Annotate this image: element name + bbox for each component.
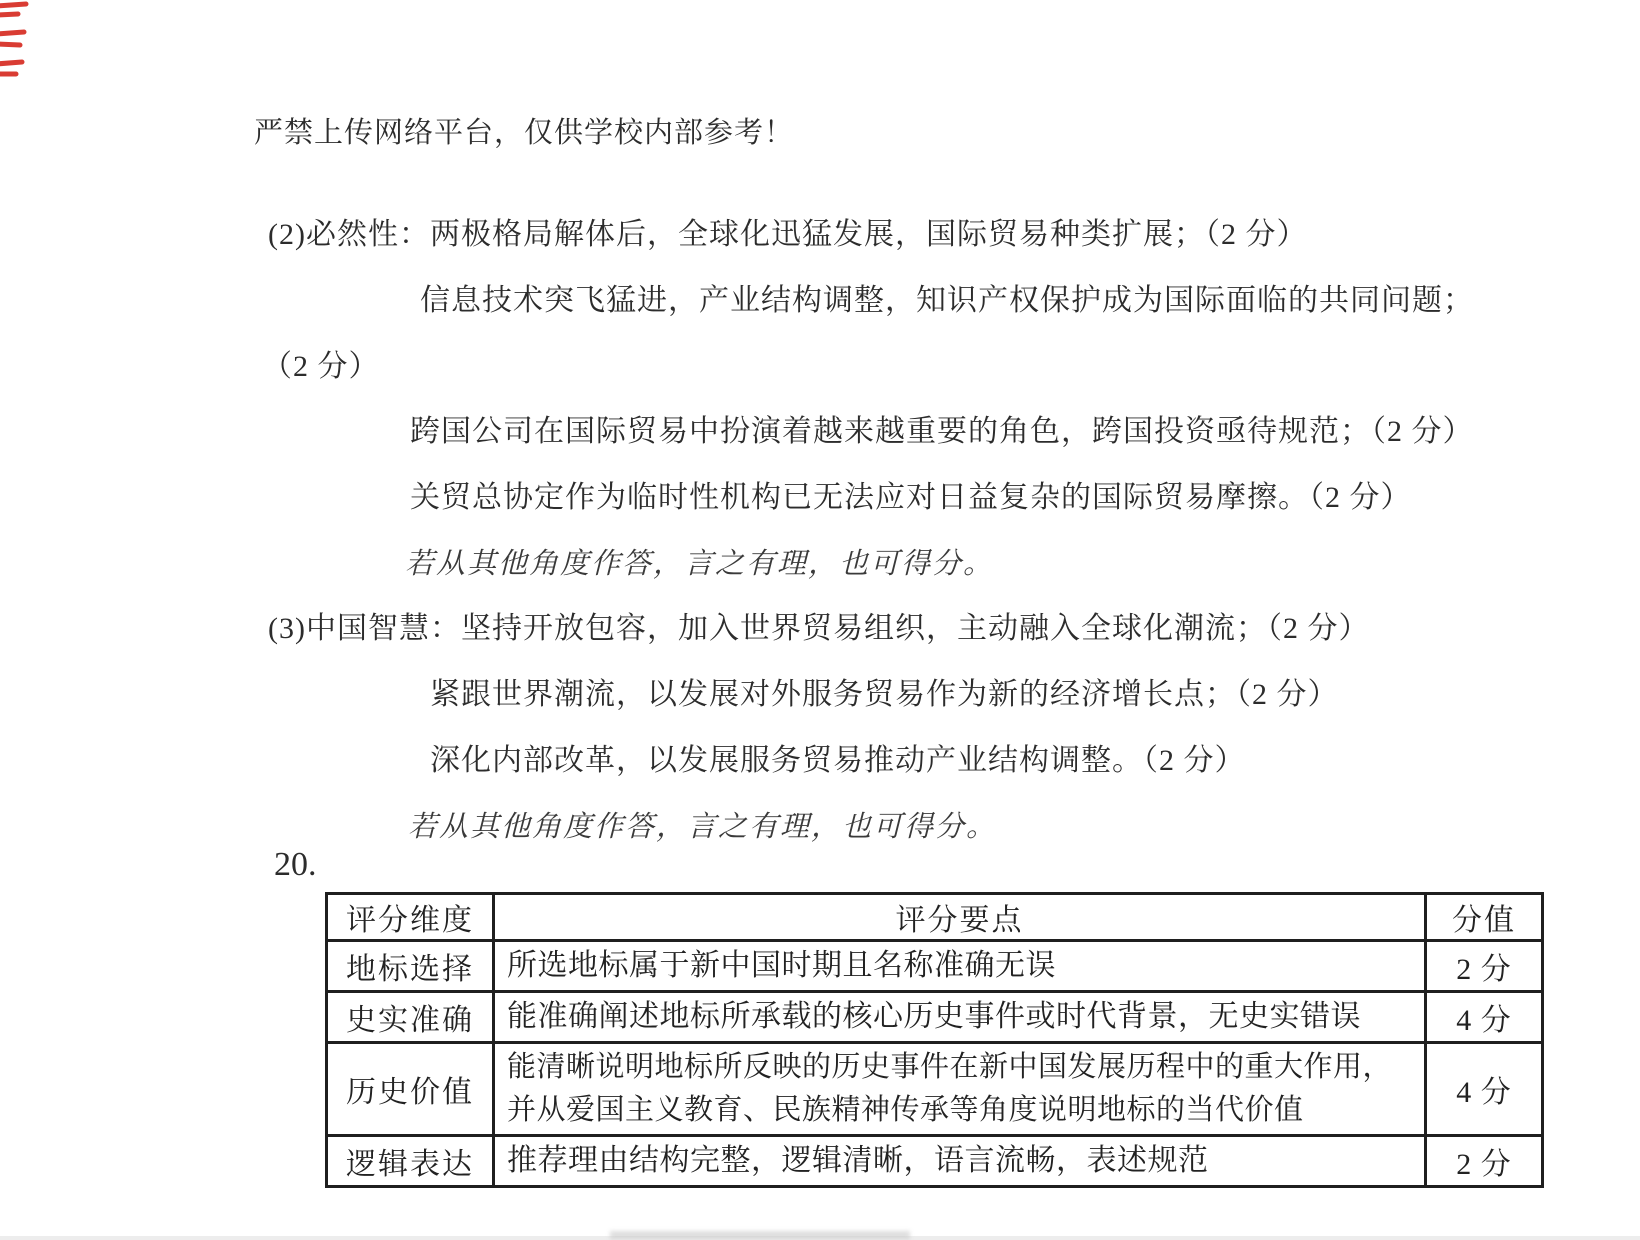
rubric-dimension-cell: 历史价值 bbox=[327, 1043, 494, 1136]
answer-line-3-other-angles-note: 若从其他角度作答，言之有理，也可得分。 bbox=[408, 807, 997, 847]
rubric-criteria-cell: 所选地标属于新中国时期且名称准确无误 bbox=[494, 941, 1426, 992]
rubric-header-score: 分值 bbox=[1426, 894, 1543, 941]
rubric-header-row: 评分维度 评分要点 分值 bbox=[327, 894, 1543, 941]
answer-line-3-wisdom-1: (3)中国智慧：坚持开放包容，加入世界贸易组织，主动融入全球化潮流；（2 分） bbox=[268, 609, 1369, 649]
answer-line-2-necessity-4: 关贸总协定作为临时性机构已无法应对日益复杂的国际贸易摩擦。（2 分） bbox=[410, 478, 1412, 518]
scoring-rubric-table: 评分维度 评分要点 分值 地标选择 所选地标属于新中国时期且名称准确无误 2 分… bbox=[325, 892, 1544, 1188]
rubric-dimension-cell: 史实准确 bbox=[327, 992, 494, 1043]
answer-line-3-wisdom-3: 深化内部改革，以发展服务贸易推动产业结构调整。（2 分） bbox=[430, 741, 1246, 781]
rubric-criteria-cell: 能清晰说明地标所反映的历史事件在新中国发展历程中的重大作用，并从爱国主义教育、民… bbox=[494, 1043, 1426, 1136]
scan-artifact bbox=[610, 1231, 910, 1239]
rubric-criteria-cell: 能准确阐述地标所承载的核心历史事件或时代背景，无史实错误 bbox=[494, 992, 1426, 1043]
table-row: 逻辑表达 推荐理由结构完整，逻辑清晰，语言流畅，表述规范 2 分 bbox=[327, 1136, 1543, 1187]
table-row: 地标选择 所选地标属于新中国时期且名称准确无误 2 分 bbox=[327, 941, 1543, 992]
scanned-answer-key-page: 严禁上传网络平台，仅供学校内部参考！ (2)必然性：两极格局解体后，全球化迅猛发… bbox=[0, 0, 1640, 1240]
rubric-score-cell: 4 分 bbox=[1426, 992, 1543, 1043]
rubric-dimension-cell: 地标选择 bbox=[327, 941, 494, 992]
rubric-criteria-cell: 推荐理由结构完整，逻辑清晰，语言流畅，表述规范 bbox=[494, 1136, 1426, 1187]
rubric-score-cell: 2 分 bbox=[1426, 941, 1543, 992]
question-number: 20. bbox=[274, 846, 317, 884]
answer-line-2-necessity-3: 跨国公司在国际贸易中扮演着越来越重要的角色，跨国投资亟待规范；（2 分） bbox=[410, 412, 1474, 452]
rubric-score-cell: 4 分 bbox=[1426, 1043, 1543, 1136]
rubric-header-dimension: 评分维度 bbox=[327, 894, 494, 941]
red-mark-icon bbox=[0, 0, 40, 90]
table-row: 历史价值 能清晰说明地标所反映的历史事件在新中国发展历程中的重大作用，并从爱国主… bbox=[327, 1043, 1543, 1136]
answer-line-3-wisdom-2: 紧跟世界潮流，以发展对外服务贸易作为新的经济增长点；（2 分） bbox=[430, 675, 1339, 715]
rubric-dimension-cell: 逻辑表达 bbox=[327, 1136, 494, 1187]
table-row: 史实准确 能准确阐述地标所承载的核心历史事件或时代背景，无史实错误 4 分 bbox=[327, 992, 1543, 1043]
rubric-header-criteria: 评分要点 bbox=[494, 894, 1426, 941]
answer-line-2-other-angles-note: 若从其他角度作答，言之有理，也可得分。 bbox=[405, 544, 994, 584]
rubric-score-cell: 2 分 bbox=[1426, 1136, 1543, 1187]
answer-line-2-score-orphan: （2 分） bbox=[262, 347, 380, 387]
answer-line-2-necessity-1: (2)必然性：两极格局解体后，全球化迅猛发展，国际贸易种类扩展；（2 分） bbox=[268, 215, 1307, 255]
answer-line-2-necessity-2: 信息技术突飞猛进，产业结构调整，知识产权保护成为国际面临的共同问题； bbox=[420, 281, 1474, 321]
confidentiality-notice: 严禁上传网络平台，仅供学校内部参考！ bbox=[254, 110, 794, 151]
